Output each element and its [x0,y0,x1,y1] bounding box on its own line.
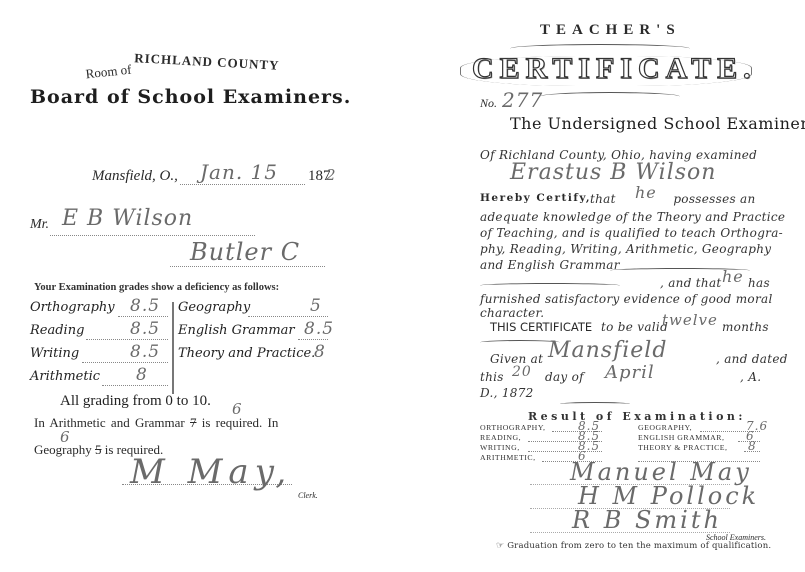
grade-value: 5 [310,296,322,316]
result-subject: ENGLISH GRAMMAR, [638,433,724,442]
grade-subject: Geography [178,300,250,315]
result-subject: WRITING, [480,443,520,452]
character-line: character. [480,306,544,320]
room-of-richland-county: Room of RICHLAND COUNTY [85,58,280,74]
place-handwritten: Mansfield [548,338,667,363]
deficiency-notice: Room of RICHLAND COUNTY Board of School … [0,0,430,572]
grade-subject: Orthography [30,300,115,315]
this-certificate: THIS CERTIFICATE [490,320,592,334]
to-be-valid: to be valid [601,320,668,334]
certificate-number-label: No. [480,96,497,111]
grade-dots [86,339,168,340]
grade-subject: Writing [30,346,79,361]
pronoun-handwritten: he [722,267,744,286]
board-title: Board of School Examiners. [30,86,351,108]
examiner-signature: R B Smith [572,506,722,534]
certificate-number: 277 [502,88,543,112]
grade-subject: Arithmetic [30,369,100,384]
date-handwritten: Jan. 15 [200,160,278,184]
result-row: THEORY & PRACTICE,8 [638,443,768,453]
grade-subject: Theory and Practice. [178,346,315,361]
grade-dots [118,316,168,317]
day-handwritten: 20 [512,364,532,380]
ad-year: D., 1872 [480,386,534,400]
req2-struck-value: 5 [95,442,102,457]
result-subject: READING, [480,433,521,442]
grade-value: 8 [136,365,148,385]
result-of-examination-title: Result of Examination: [528,410,746,423]
result-subject: GEOGRAPHY, [638,423,692,432]
grade-subject: English Grammar [178,323,295,338]
pen-flourish [480,283,620,288]
paragraph-line: and English Grammar [480,258,620,272]
grading-scale: All grading from 0 to 10. [60,393,211,410]
furnished-line: furnished satisfactory evidence of good … [480,292,773,306]
req2-correction: 6 [60,428,71,446]
name-line [50,235,255,236]
room-of-text: Room of [85,62,132,83]
grade-value: 8 [314,342,326,362]
month-handwritten: April [605,362,655,383]
examinee-name: Erastus B Wilson [510,160,716,185]
req1-correction: 6 [232,400,243,418]
req1-struck-value: 7 [190,415,197,430]
this: this [480,370,504,384]
paragraph-line: phy, Reading, Writing, Arithmetic, Geogr… [480,242,771,256]
and-dated: , and dated [716,352,788,366]
grade-dots [82,362,168,363]
day-of: day of [545,370,584,384]
graduation-note: ☞ Graduation from zero to ten the maximu… [496,541,771,551]
grade-value: 8.5 [130,296,160,316]
grade-value: 8.5 [130,342,160,362]
title-frame-ornament [460,56,752,86]
req1-pre: In Arithmetic and Grammar [34,415,185,430]
year-handwritten: 2 [326,166,337,184]
hereby-certify: Hereby Certify, [480,192,591,204]
grade-dots [298,339,328,340]
county-text: RICHLAND COUNTY [134,50,280,74]
anno-domini: , A. [740,370,761,384]
grades-intro: Your Examination grades show a deficienc… [34,282,279,293]
date-line [180,184,305,185]
months: months [722,320,769,334]
divider-ornament [560,402,630,406]
results-column-right: GEOGRAPHY,7.6 ENGLISH GRAMMAR,6 THEORY &… [638,423,768,463]
grades-table: Orthography 8.5 Reading 8.5 Writing 8.5 … [30,300,330,392]
clerk-label: Clerk. [298,491,318,500]
grade-value: 8.5 [130,319,160,339]
paragraph-line: adequate knowledge of the Theory and Pra… [480,210,785,224]
result-row: WRITING,8.5 [480,443,610,453]
grade-row: Theory and Practice. 8 [178,346,338,369]
pronoun-handwritten: he [635,183,657,202]
grade-value: 8.5 [304,319,334,339]
and-that: , and that [660,276,722,290]
grades-column-left: Orthography 8.5 Reading 8.5 Writing 8.5 … [30,300,170,392]
result-value: 8 [748,439,757,453]
paragraph-line: of Teaching, and is qualified to teach O… [480,226,783,240]
result-subject: THEORY & PRACTICE, [638,443,728,452]
grade-subject: Reading [30,323,84,338]
grades-column-right: Geography 5 English Grammar 8.5 Theory a… [178,300,338,369]
teachers-certificate: TEACHER'S CERTIFICATE. No. 277 The Under… [430,0,805,572]
result-subject: ARITHMETIC, [480,453,536,462]
teachers-heading: TEACHER'S [540,22,681,39]
column-divider [172,302,176,394]
recipient-name: E B Wilson [62,206,193,231]
results-column-left: ORTHOGRAPHY,8.5 READING,8.5 WRITING,8.5 … [480,423,610,463]
graduation-note-text: Graduation from zero to ten the maximum … [507,541,771,551]
result-subject: ORTHOGRAPHY, [480,423,545,432]
clerk-signature: M May, [130,452,292,492]
grade-dots [102,385,168,386]
recipient-address: Butler C [190,238,300,266]
pointing-hand-icon: ☞ [496,541,504,551]
swash-ornament [540,92,680,101]
hereby-rest: that possesses an [590,192,756,206]
salutation: Mr. [30,217,49,233]
undersigned-heading: The Undersigned School Examiners [510,114,805,133]
address-line [170,266,325,267]
grade-dots [248,316,328,317]
grade-row: Arithmetic 8 [30,369,170,392]
grade-row: Writing 8.5 [30,346,170,369]
has: has [748,276,770,290]
place-label: Mansfield, O., [92,168,178,185]
valid-months-handwritten: twelve [662,311,718,329]
